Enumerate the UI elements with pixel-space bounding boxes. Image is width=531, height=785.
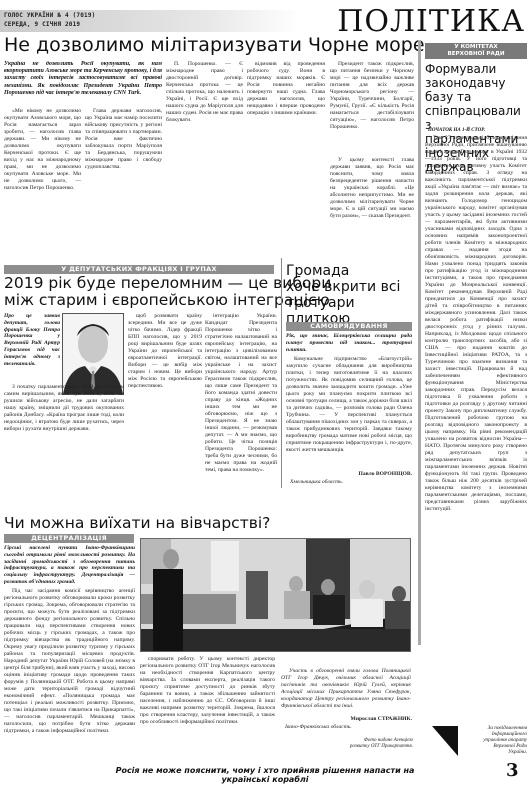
body-column: У цьому контексті глава держави заявив, …: [330, 157, 414, 251]
body-column: «Ми нікому не дозволимо окупувати Азовсь…: [4, 108, 81, 248]
lede-tiles: Рік, що минає, Білоцерківська селищна ра…: [286, 333, 412, 355]
portrait-photo: [62, 313, 124, 395]
page-number: 3: [506, 760, 519, 781]
column-divider: [281, 258, 282, 488]
paper-issue-line: ГОЛОС УКРАЇНИ № 4 (7019): [4, 12, 96, 19]
paragraph: Під час засідання комісії керівництво аг…: [4, 588, 135, 735]
paragraph: Президент також підкреслив, що питання б…: [330, 61, 414, 131]
rubric-deputy-factions: У ДЕПУТАТСЬКИХ ФРАКЦІЯХ І ГРУПАХ: [4, 265, 274, 274]
photo-credit: Фото надане Агенцією розвитку ОТГ Прикар…: [345, 738, 413, 750]
rubric-decentralization: ДЕЦЕНТРАЛІЗАЦІЯ: [4, 534, 134, 543]
meeting-illustration: [141, 539, 411, 652]
portrait-illustration: [63, 314, 123, 394]
paragraph: щоб розвивати країну зсередини. Ми все ц…: [128, 313, 202, 390]
meeting-photo: [140, 538, 411, 652]
paragraph: відмовив від проведення робочого суду. В…: [247, 61, 325, 117]
rubric-self-government: САМОВРЯДУВАННЯ: [286, 322, 412, 331]
body-column: Комунальне підприємство «Благоустрій» за…: [286, 356, 412, 471]
paragraph: інтеграцію України. Кандидат Президента …: [205, 313, 277, 474]
headline-line: Громада: [286, 263, 416, 279]
headline-tiles: Громада хоче вкрити всі тротуари плиткою: [286, 263, 416, 327]
body-column: З початку парламентського, 2018 рік є та…: [4, 384, 124, 480]
footer-tagline: Росія не може пояснити, чому і хто прийн…: [100, 766, 430, 784]
body-column: Глава держави наголосив, що Україна має …: [85, 108, 162, 248]
body-column: спорювати роботу. У цьому контексті дире…: [140, 656, 275, 756]
paragraph: спорювати роботу. У цьому контексті дире…: [140, 656, 275, 726]
body-column: Під час засідання комісії керівництво аг…: [4, 588, 135, 756]
caption-text: Участь в обговоренні взяли голова Поляни…: [281, 668, 411, 710]
body-column: П. Порошенко. — Є міжнародне право і дво…: [166, 61, 243, 251]
sidebar-rubric: У КОМІТЕТАХ ВЕРХОВНОЇ РАДИ: [425, 43, 527, 59]
rubric-line: ВЕРХОВНОЇ РАДИ: [425, 51, 527, 58]
sidebar-body: Так, 27 листопада відбулося засідання Ве…: [425, 135, 527, 680]
issue-date-line: СЕРЕДА, 9 СІЧНЯ 2019: [4, 21, 80, 28]
paragraph: Глава держави наголосив, що Україна має …: [85, 108, 162, 171]
continued-note: ПОЧАТОК НА 1-Й СТОР.: [428, 127, 527, 134]
rubric-line: У КОМІТЕТАХ: [425, 44, 527, 51]
paragraph: У цьому контексті глава держави заявив, …: [330, 157, 414, 220]
page-corner-fold-icon: [432, 726, 458, 756]
paragraph: П. Порошенко. — Є міжнародне право і дво…: [166, 61, 243, 124]
headline-elections-line1: 2019 рік буде переломним — це вибори: [4, 275, 279, 291]
paragraph: З початку парламентського, 2018 рік є та…: [4, 384, 124, 433]
body-column: щоб розвивати країну зсередини. Ми все ц…: [128, 313, 202, 483]
headline-sheep-farming: Чи можна виїхати на вівчарстві?: [4, 515, 304, 531]
paragraph: Комунальне підприємство «Благоустрій» за…: [286, 356, 412, 454]
body-column: Президент також підкреслив, що питання б…: [330, 61, 414, 156]
region-line: Хмельницька область.: [290, 479, 343, 486]
paragraph: Так, 27 листопада відбулося засідання Ве…: [425, 135, 527, 513]
lede-sheep-farming: Гірські населені пункти Івано-Франківщин…: [4, 545, 135, 585]
paragraph: «Ми нікому не дозволимо окупувати Азовсь…: [4, 108, 81, 192]
photo-caption: Участь в обговоренні взяли голова Поляни…: [281, 668, 411, 713]
body-column: інтеграцію України. Кандидат Президента …: [205, 313, 277, 483]
body-column: відмовив від проведення робочого суду. В…: [247, 61, 325, 251]
author-byline: Мирослав СТРАЖНИК.: [330, 716, 412, 723]
newspaper-page: ГОЛОС УКРАЇНИ № 4 (7019) СЕРЕДА, 9 СІЧНЯ…: [0, 0, 531, 785]
lede-elections: Про це заявив депутат, голова фракції Бл…: [4, 313, 60, 383]
lede-black-sea: Україна не дозволить Росії окупувати, як…: [4, 61, 162, 106]
headline-black-sea: Не дозволимо мілітаризувати Чорне море: [4, 36, 419, 56]
region-line: Івано-Франківська область.: [285, 724, 355, 731]
author-byline: Павло ВОРОНІЦОВ.: [340, 471, 412, 478]
headline-line: хоче вкрити всі: [286, 279, 416, 295]
headline-elections-line2: між старим і європейською інтеграцією: [4, 292, 279, 308]
